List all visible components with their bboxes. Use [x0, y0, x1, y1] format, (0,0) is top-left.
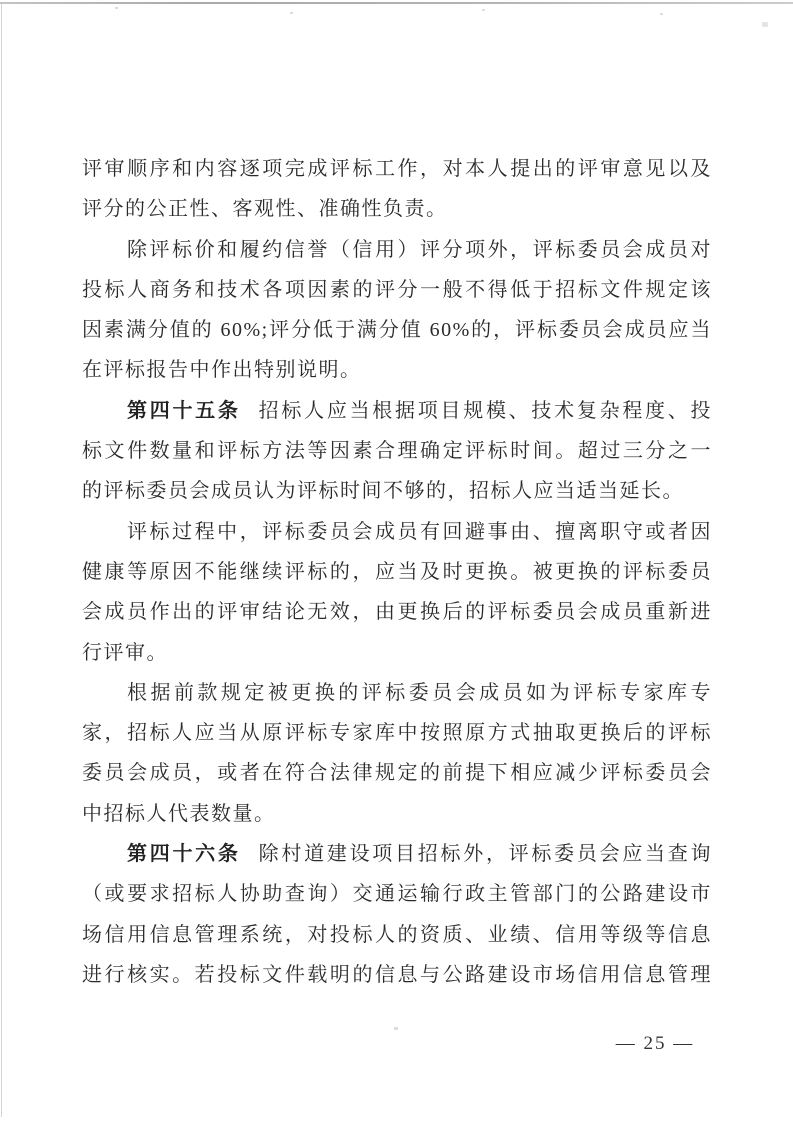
scan-speck [660, 13, 663, 15]
text-line: 评分的公正性、客观性、准确性负责。 [82, 189, 712, 229]
scanned-document-page: { "document": { "lines": [ { "text": "评审… [0, 0, 793, 1121]
text-line: 场信用信息管理系统，对投标人的资质、业绩、信用等级等信息 [82, 915, 712, 955]
text-line: 除评标价和履约信誉（信用）评分项外，评标委员会成员对 [82, 230, 712, 270]
text-line: 行评审。 [82, 633, 712, 673]
text-line: 中招标人代表数量。 [82, 794, 712, 834]
text-line: 评审顺序和内容逐项完成评标工作，对本人提出的评审意见以及 [82, 149, 712, 189]
text-line-article-46: 第四十六条除村道建设项目招标外，评标委员会应当查询 [82, 834, 712, 874]
text-line: 健康等原因不能继续评标的，应当及时更换。被更换的评标委员 [82, 552, 712, 592]
text-line: 会成员作出的评审结论无效，由更换后的评标委员会成员重新进 [82, 592, 712, 632]
article-46-first-line: 除村道建设项目招标外，评标委员会应当查询 [259, 843, 712, 865]
document-text-block: 评审顺序和内容逐项完成评标工作，对本人提出的评审意见以及 评分的公正性、客观性、… [82, 149, 712, 995]
scan-edge-top [0, 2, 793, 4]
scan-speck [482, 9, 485, 11]
scan-speck [394, 1027, 398, 1030]
scan-speck [115, 7, 118, 9]
text-line-article-45: 第四十五条招标人应当根据项目规模、技术复杂程度、投 [82, 391, 712, 431]
text-line: 评标过程中，评标委员会成员有回避事由、擅离职守或者因 [82, 512, 712, 552]
text-line: 进行核实。若投标文件载明的信息与公路建设市场信用信息管理 [82, 955, 712, 995]
text-line: 的评标委员会成员认为评标时间不够的，招标人应当适当延长。 [82, 471, 712, 511]
article-number-46: 第四十六条 [127, 843, 241, 865]
article-number-45: 第四十五条 [127, 400, 241, 422]
text-line: 标文件数量和评标方法等因素合理确定评标时间。超过三分之一 [82, 431, 712, 471]
scan-edge-left [1, 4, 2, 1117]
text-line: 因素满分值的 60%;评分低于满分值 60%的，评标委员会成员应当 [82, 310, 712, 350]
scan-speck [762, 22, 768, 27]
text-line: （或要求招标人协助查询）交通运输行政主管部门的公路建设市 [82, 874, 712, 914]
scan-speck [290, 12, 293, 14]
text-line: 家，招标人应当从原评标专家库中按照原方式抽取更换后的评标 [82, 713, 712, 753]
text-line: 在评标报告中作出特别说明。 [82, 350, 712, 390]
article-45-first-line: 招标人应当根据项目规模、技术复杂程度、投 [259, 400, 712, 422]
text-line: 投标人商务和技术各项因素的评分一般不得低于招标文件规定该 [82, 270, 712, 310]
page-number: — 25 — [600, 1032, 710, 1056]
text-line: 根据前款规定被更换的评标委员会成员如为评标专家库专 [82, 673, 712, 713]
text-line: 委员会成员，或者在符合法律规定的前提下相应减少评标委员会 [82, 753, 712, 793]
